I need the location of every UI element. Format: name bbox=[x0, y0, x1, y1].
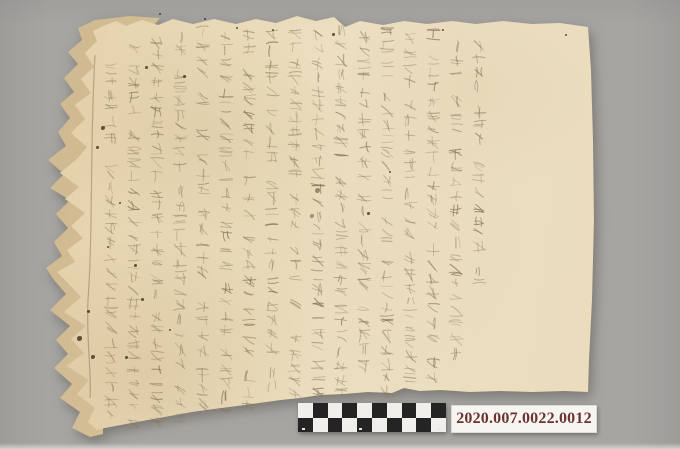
scale-square bbox=[402, 403, 417, 418]
scale-square bbox=[387, 403, 402, 418]
manuscript-page bbox=[0, 0, 680, 449]
scale-square bbox=[416, 403, 431, 418]
scale-square bbox=[298, 403, 313, 418]
catalog-number-label: 2020.007.0022.0012 bbox=[451, 405, 597, 433]
scale-square bbox=[313, 418, 328, 433]
scale-square bbox=[313, 403, 328, 418]
table-edge-highlight bbox=[0, 443, 680, 449]
scale-square bbox=[416, 418, 431, 433]
scale-square bbox=[357, 403, 372, 418]
scale-square bbox=[342, 403, 357, 418]
scale-square bbox=[387, 418, 402, 433]
scale-square bbox=[328, 418, 343, 433]
scale-square bbox=[372, 418, 387, 433]
scale-square bbox=[402, 418, 417, 433]
scale-square bbox=[372, 403, 387, 418]
scale-square bbox=[328, 403, 343, 418]
scale-tick-mark bbox=[359, 428, 362, 430]
scale-tick-mark bbox=[302, 428, 305, 430]
scale-square bbox=[431, 403, 446, 418]
artifact-photo-scene: 2020.007.0022.0012 bbox=[0, 0, 680, 449]
catalog-number: 2020.007.0022.0012 bbox=[456, 410, 592, 428]
photo-scale-bar bbox=[298, 403, 446, 432]
scale-tick-mark bbox=[438, 428, 441, 430]
manuscript-stack bbox=[0, 0, 680, 449]
scale-square bbox=[342, 418, 357, 433]
scale-square bbox=[298, 418, 313, 433]
